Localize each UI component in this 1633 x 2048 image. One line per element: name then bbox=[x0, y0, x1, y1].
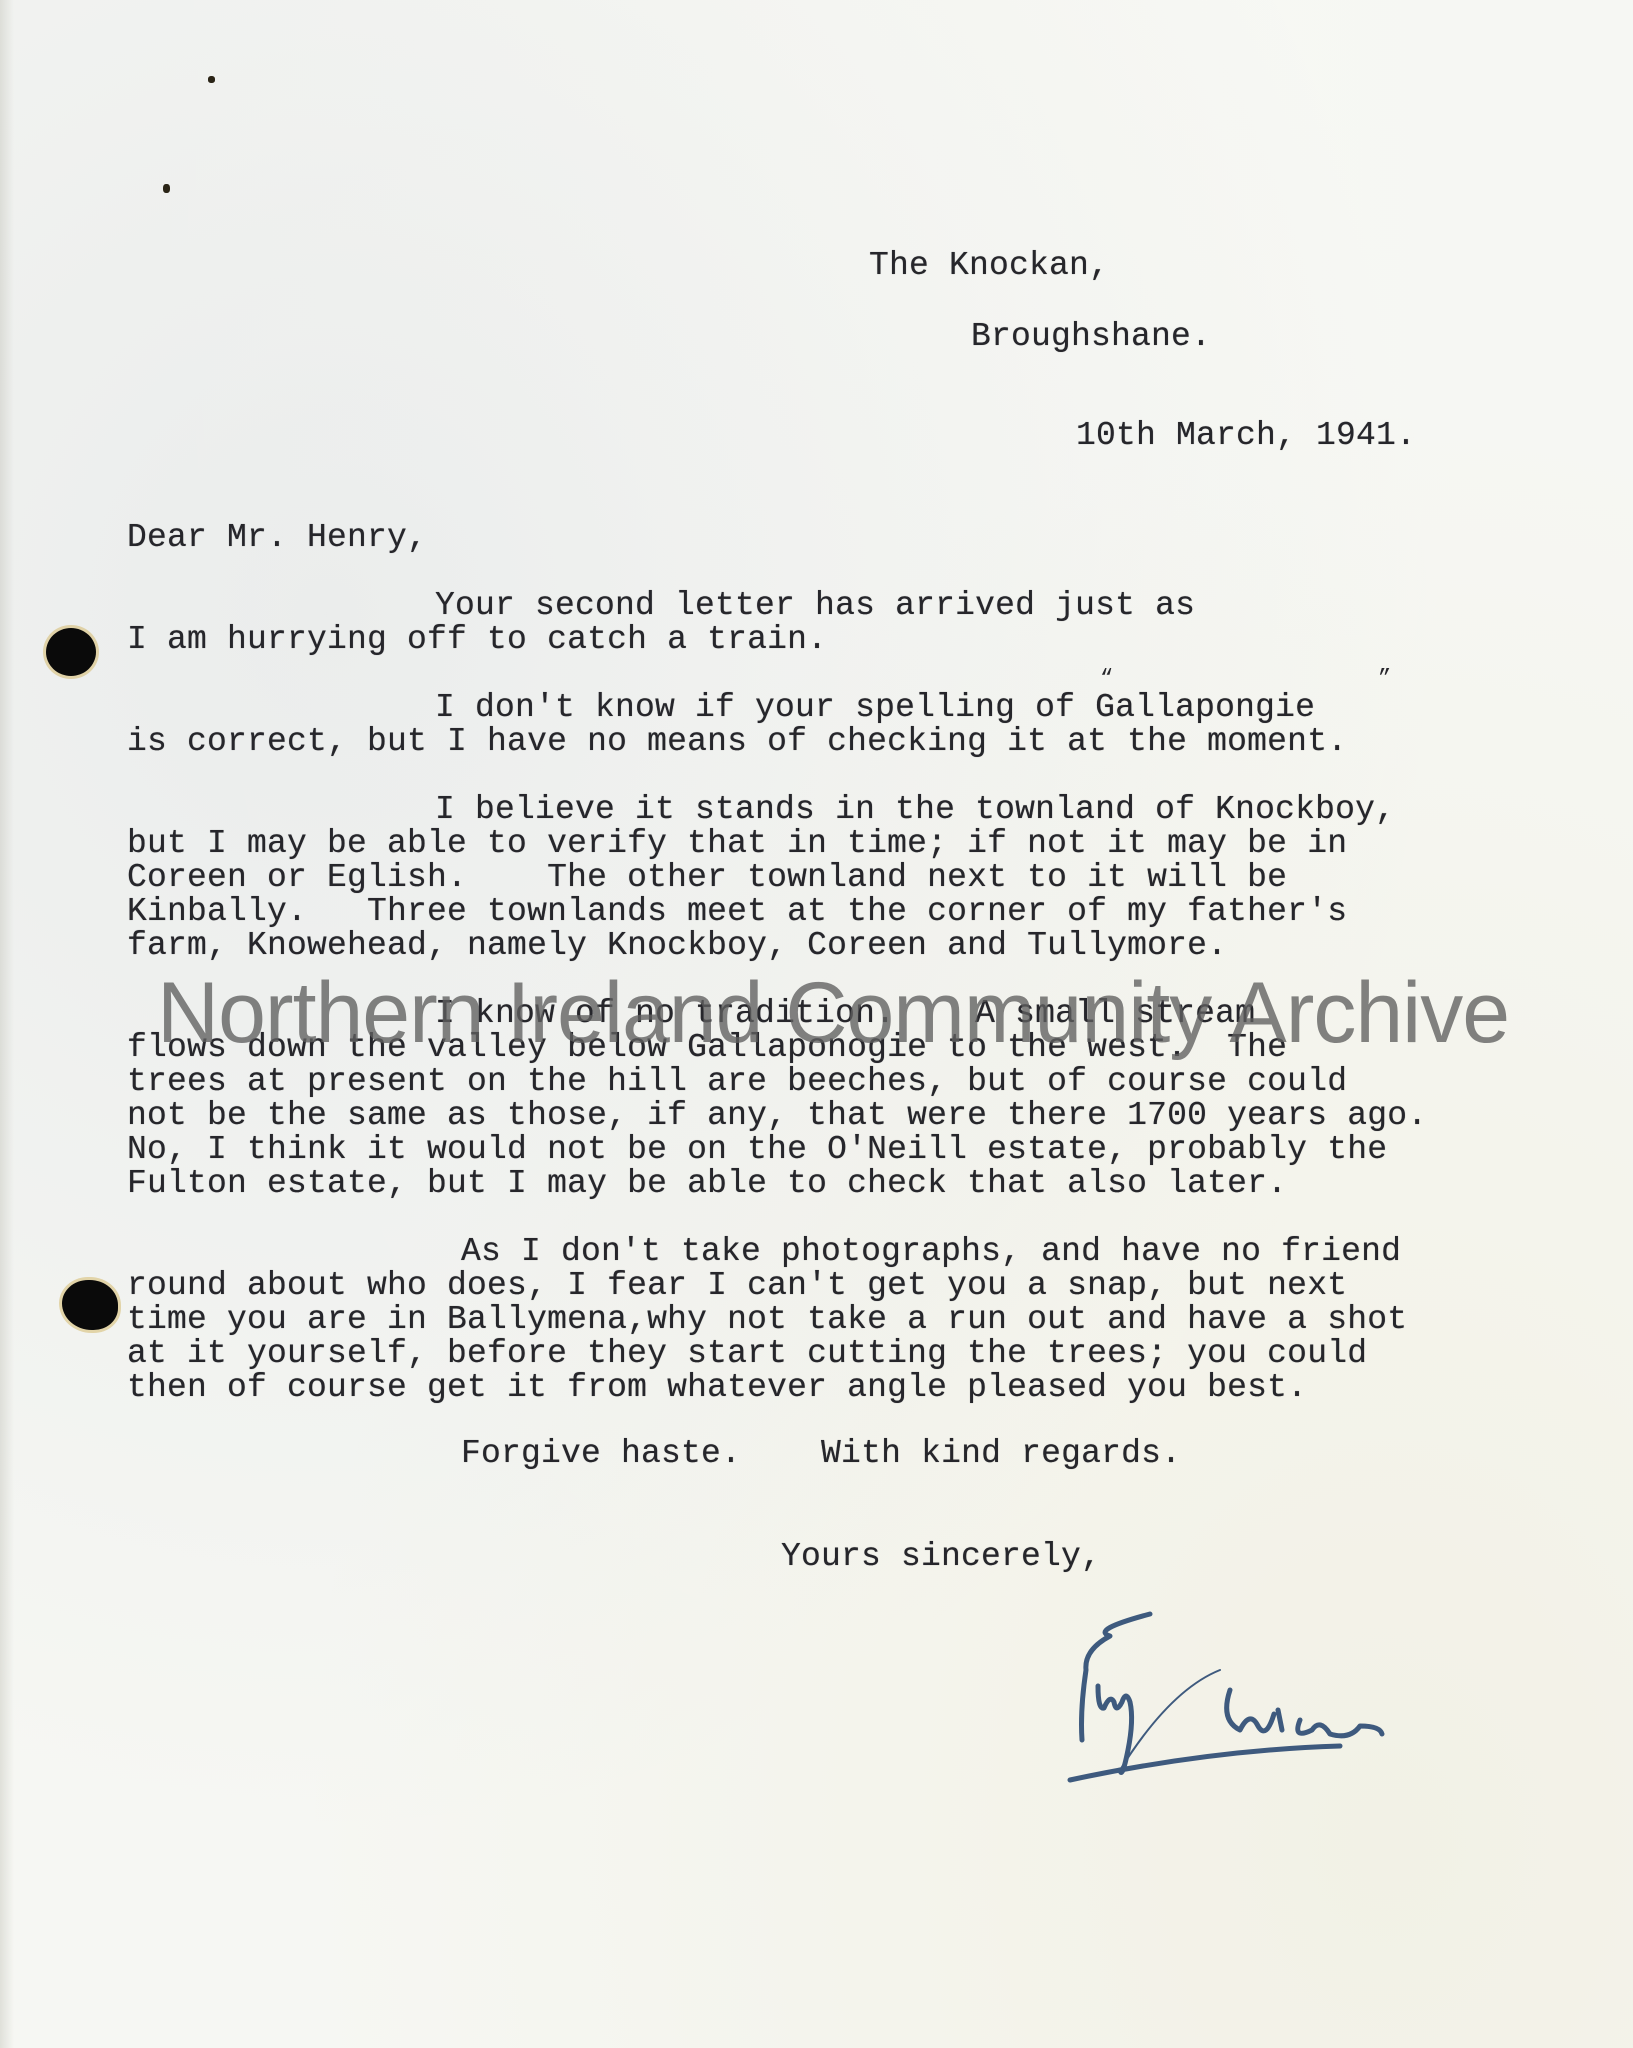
close-quote-mark: ” bbox=[1378, 666, 1391, 691]
open-quote-mark: “ bbox=[1100, 666, 1113, 691]
letter-date: 10th March, 1941. bbox=[1076, 419, 1416, 453]
closing-remark: Forgive haste. With kind regards. bbox=[461, 1437, 1181, 1471]
paragraph-line: Kinbally. Three townlands meet at the co… bbox=[127, 895, 1347, 929]
paragraph-line: is correct, but I have no means of check… bbox=[127, 725, 1347, 759]
handwritten-signature bbox=[1030, 1590, 1490, 1790]
complimentary-close: Yours sincerely, bbox=[781, 1540, 1101, 1574]
paragraph-line: Your second letter has arrived just as bbox=[435, 589, 1195, 623]
paragraph-line: I don't know if your spelling of Gallapo… bbox=[435, 691, 1315, 725]
archive-watermark: Northern Ireland Community Archive bbox=[157, 968, 1477, 1058]
paragraph-line: but I may be able to verify that in time… bbox=[127, 827, 1347, 861]
paragraph-line: No, I think it would not be on the O'Nei… bbox=[127, 1133, 1387, 1167]
page-edge-shadow bbox=[0, 0, 14, 2048]
paragraph-line: As I don't take photographs, and have no… bbox=[461, 1235, 1401, 1269]
paragraph-line: Fulton estate, but I may be able to chec… bbox=[127, 1167, 1287, 1201]
salutation: Dear Mr. Henry, bbox=[127, 521, 427, 555]
paragraph-line: I believe it stands in the townland of K… bbox=[435, 793, 1395, 827]
letter-page: The Knockan, Broughshane. 10th March, 19… bbox=[0, 0, 1633, 2048]
paragraph-line: farm, Knowehead, namely Knockboy, Coreen… bbox=[127, 929, 1227, 963]
sender-address-line-2: Broughshane. bbox=[971, 320, 1211, 354]
punch-hole-bottom bbox=[62, 1280, 118, 1330]
punch-hole-top bbox=[46, 628, 96, 676]
paragraph-line: round about who does, I fear I can't get… bbox=[127, 1269, 1347, 1303]
sender-address-line-1: The Knockan, bbox=[869, 249, 1109, 283]
paragraph-line: then of course get it from whatever angl… bbox=[127, 1371, 1307, 1405]
paper-speck bbox=[163, 184, 170, 193]
paragraph-line: not be the same as those, if any, that w… bbox=[127, 1099, 1427, 1133]
paragraph-line: at it yourself, before they start cuttin… bbox=[127, 1337, 1367, 1371]
paragraph-line: trees at present on the hill are beeches… bbox=[127, 1065, 1347, 1099]
paragraph-line: time you are in Ballymena,why not take a… bbox=[127, 1303, 1407, 1337]
paper-speck bbox=[208, 76, 215, 83]
paragraph-line: I am hurrying off to catch a train. bbox=[127, 623, 827, 657]
paragraph-line: Coreen or Eglish. The other townland nex… bbox=[127, 861, 1287, 895]
